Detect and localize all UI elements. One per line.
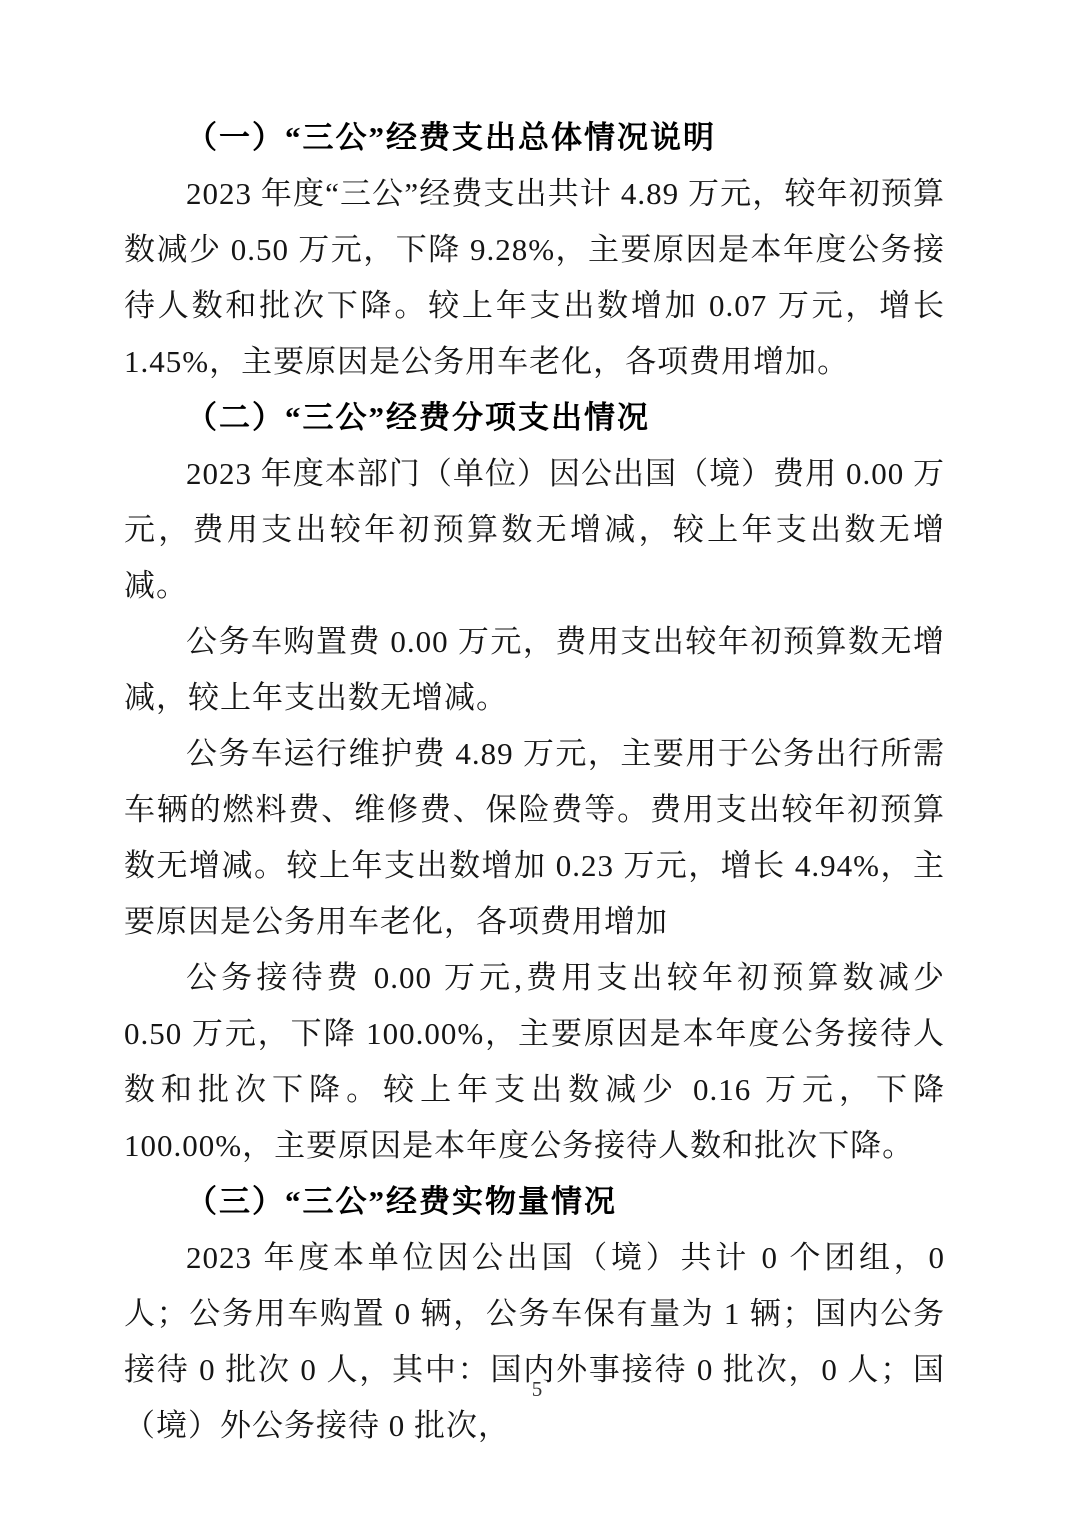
paragraph-vehicle-maintenance-expense: 公务车运行维护费 4.89 万元，主要用于公务出行所需车辆的燃料费、维修费、保险… — [124, 726, 945, 950]
section-heading-3: （三）“三公”经费实物量情况 — [124, 1174, 945, 1230]
paragraph-abroad-expense: 2023 年度本部门（单位）因公出国（境）费用 0.00 万元，费用支出较年初预… — [124, 446, 945, 614]
page-number: 5 — [0, 1376, 1074, 1402]
document-page: （一）“三公”经费支出总体情况说明 2023 年度“三公”经费支出共计 4.89… — [0, 0, 1074, 1520]
section-heading-1: （一）“三公”经费支出总体情况说明 — [124, 110, 945, 166]
paragraph-vehicle-purchase-expense: 公务车购置费 0.00 万元，费用支出较年初预算数无增减，较上年支出数无增减。 — [124, 614, 945, 726]
section-heading-2: （二）“三公”经费分项支出情况 — [124, 390, 945, 446]
paragraph-reception-expense: 公务接待费 0.00 万元,费用支出较年初预算数减少 0.50 万元，下降 10… — [124, 950, 945, 1174]
document-body: （一）“三公”经费支出总体情况说明 2023 年度“三公”经费支出共计 4.89… — [124, 110, 945, 1454]
paragraph-physical-quantity: 2023 年度本单位因公出国（境）共计 0 个团组，0 人；公务用车购置 0 辆… — [124, 1230, 945, 1454]
paragraph-overall-expense: 2023 年度“三公”经费支出共计 4.89 万元，较年初预算数减少 0.50 … — [124, 166, 945, 390]
